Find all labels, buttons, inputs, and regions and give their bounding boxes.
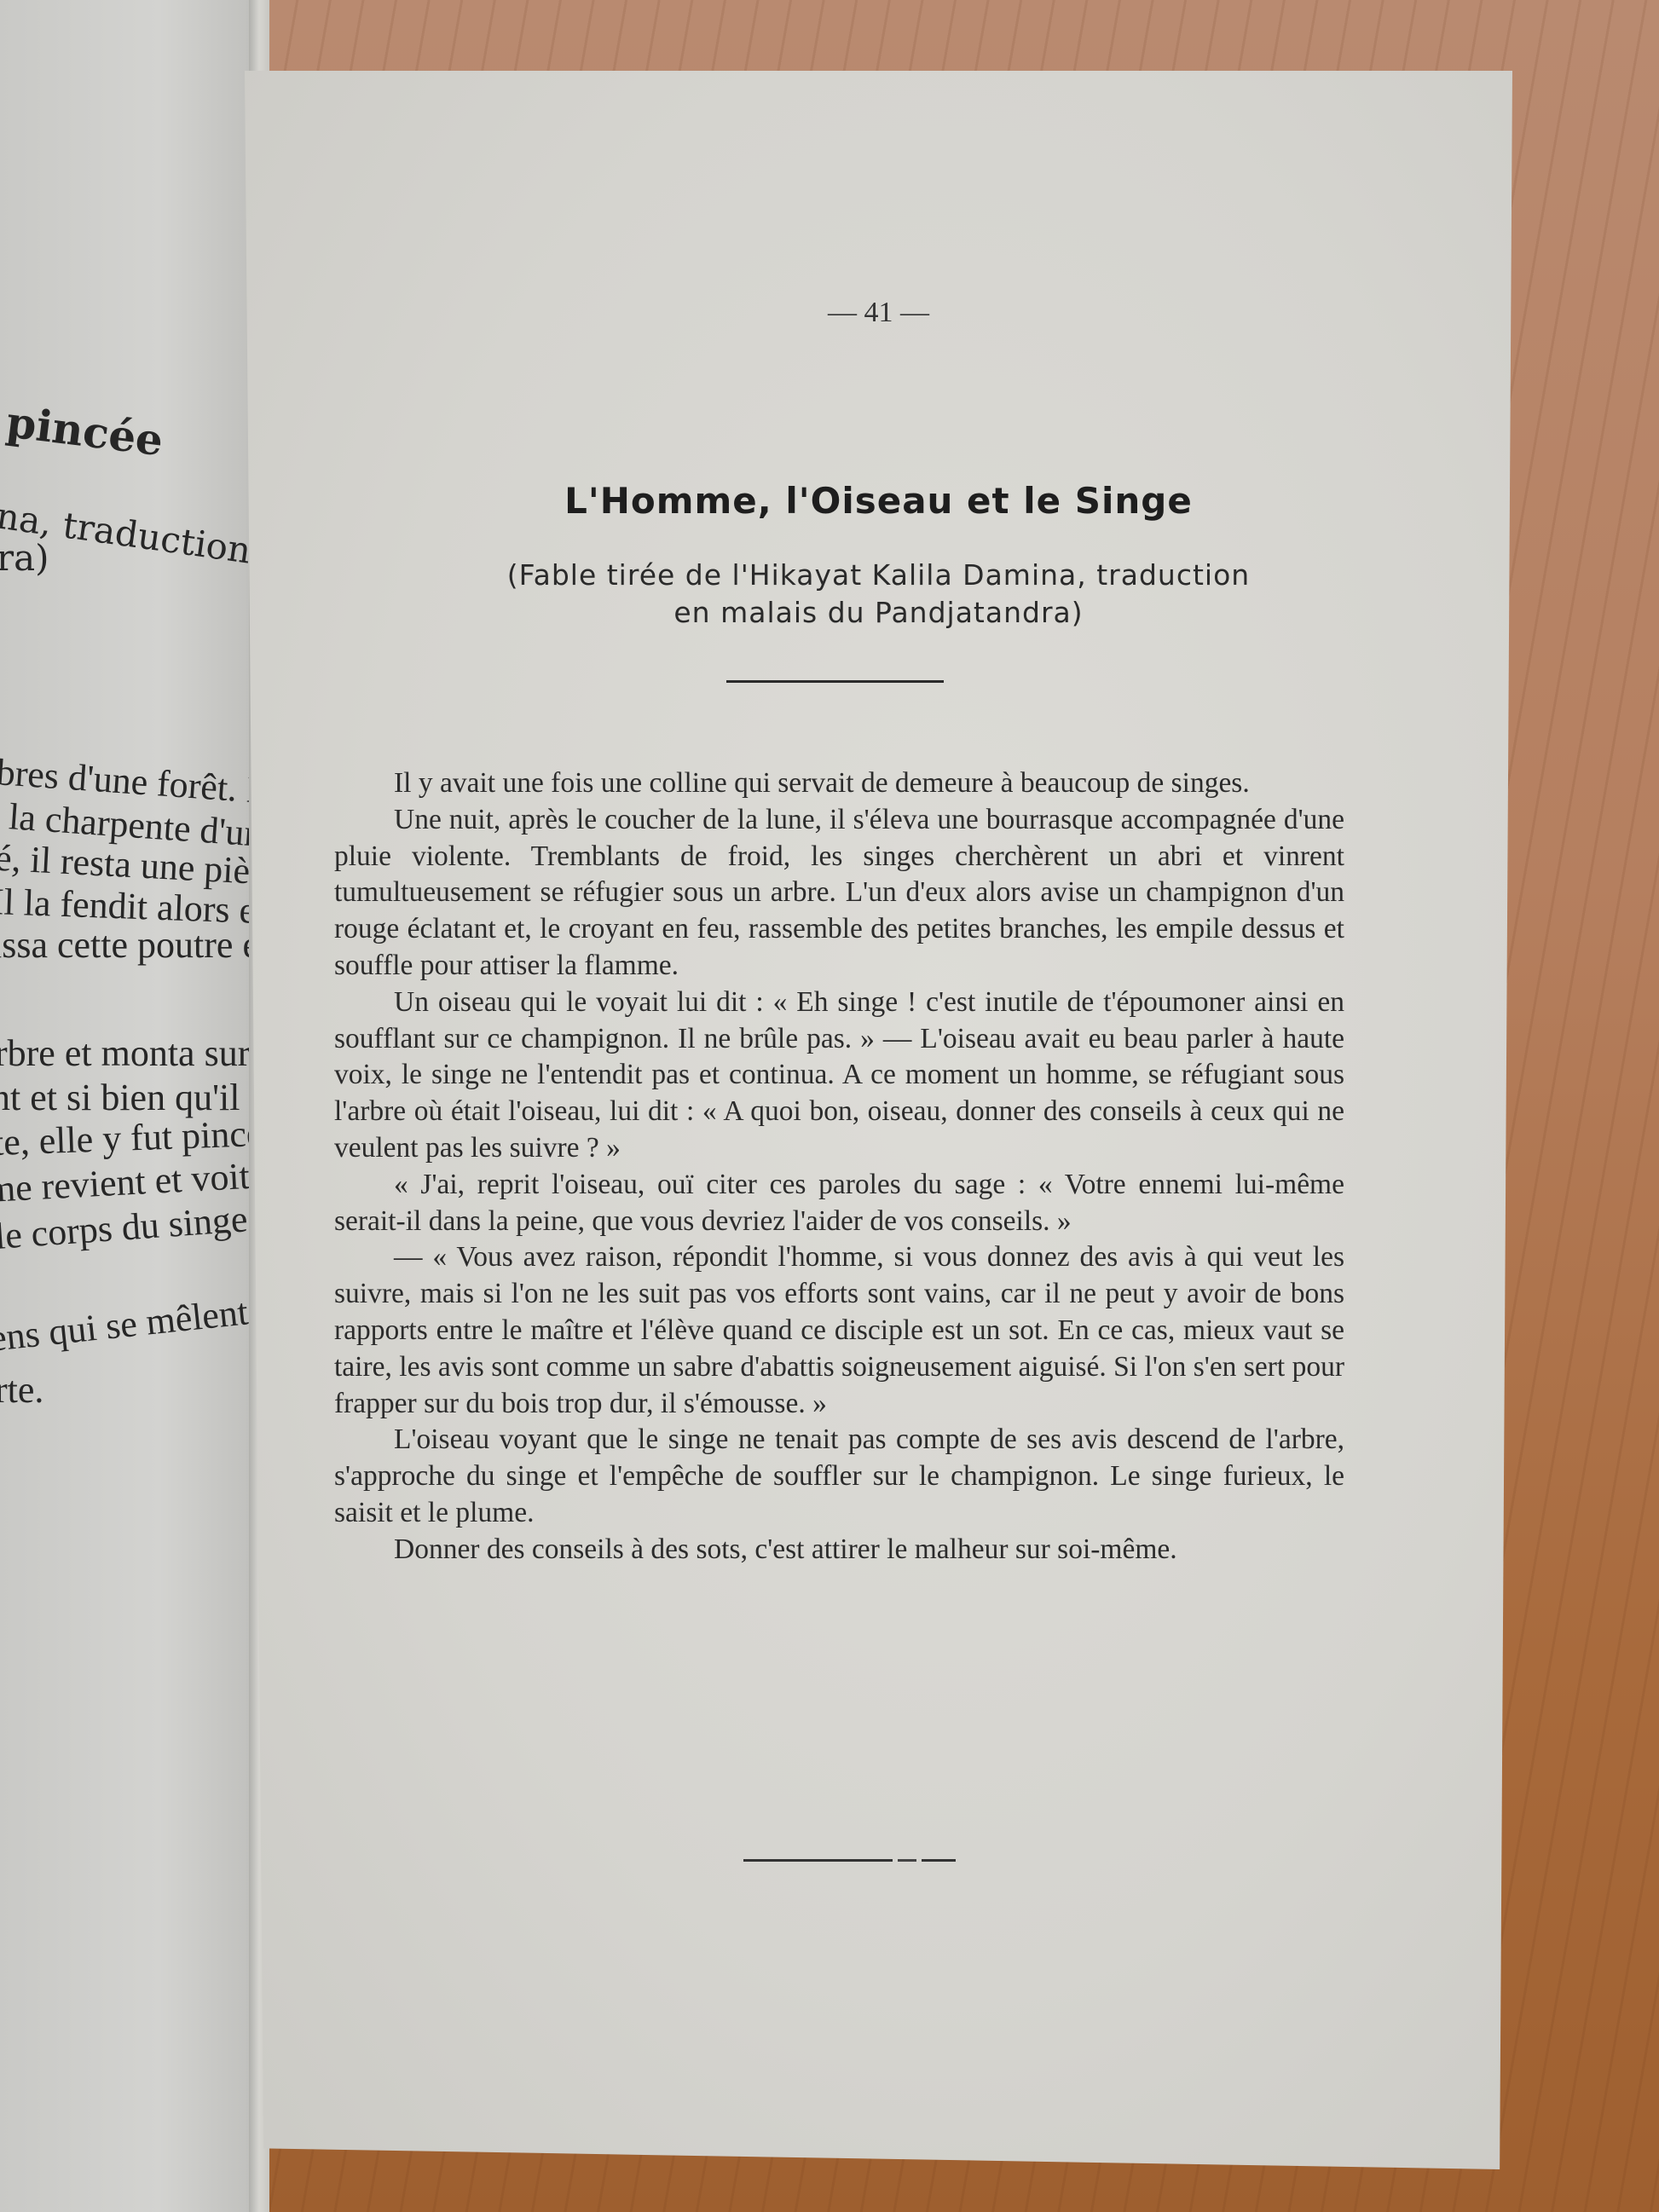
subtitle-line-2: en malais du Pandjatandra)	[296, 594, 1461, 632]
left-body-line: issa cette poutre et	[0, 923, 266, 967]
paragraph: Un oiseau qui le voyait lui dit : « Eh s…	[334, 985, 1344, 1167]
left-body-line: rte.	[0, 1368, 43, 1412]
page-number: — 41 —	[245, 297, 1512, 329]
rule-segment	[898, 1859, 916, 1862]
rule-segment	[743, 1859, 893, 1862]
left-body-line: rbre et monta sur la	[0, 1031, 266, 1075]
rule-segment	[922, 1859, 956, 1862]
left-page-fragment: pincée na, traduction ra) bres d'une for…	[0, 0, 266, 2212]
right-page: — 41 — L'Homme, l'Oiseau et le Singe (Fa…	[245, 71, 1512, 2169]
end-ornament-rule	[743, 1859, 961, 1862]
moral-paragraph: Donner des conseils à des sots, c'est at…	[334, 1532, 1344, 1568]
title-divider-rule	[726, 680, 944, 683]
paragraph: « J'ai, reprit l'oiseau, ouï citer ces p…	[334, 1167, 1344, 1240]
left-subtitle-fragment: ra)	[0, 537, 49, 579]
fable-subtitle: (Fable tirée de l'Hikayat Kalila Damina,…	[296, 557, 1461, 632]
fable-title: L'Homme, l'Oiseau et le Singe	[245, 480, 1512, 522]
fable-body: Il y avait une fois une colline qui serv…	[334, 765, 1344, 1568]
subtitle-line-1: (Fable tirée de l'Hikayat Kalila Damina,…	[296, 557, 1461, 594]
paragraph: Il y avait une fois une colline qui serv…	[334, 765, 1344, 802]
paragraph: — « Vous avez raison, répondit l'homme, …	[334, 1239, 1344, 1422]
paragraph: Une nuit, après le coucher de la lune, i…	[334, 802, 1344, 985]
left-body-line: ens qui se mêlent des	[0, 1284, 266, 1360]
paragraph: L'oiseau voyant que le singe ne tenait p…	[334, 1422, 1344, 1531]
left-title-fragment: pincée	[3, 396, 165, 465]
